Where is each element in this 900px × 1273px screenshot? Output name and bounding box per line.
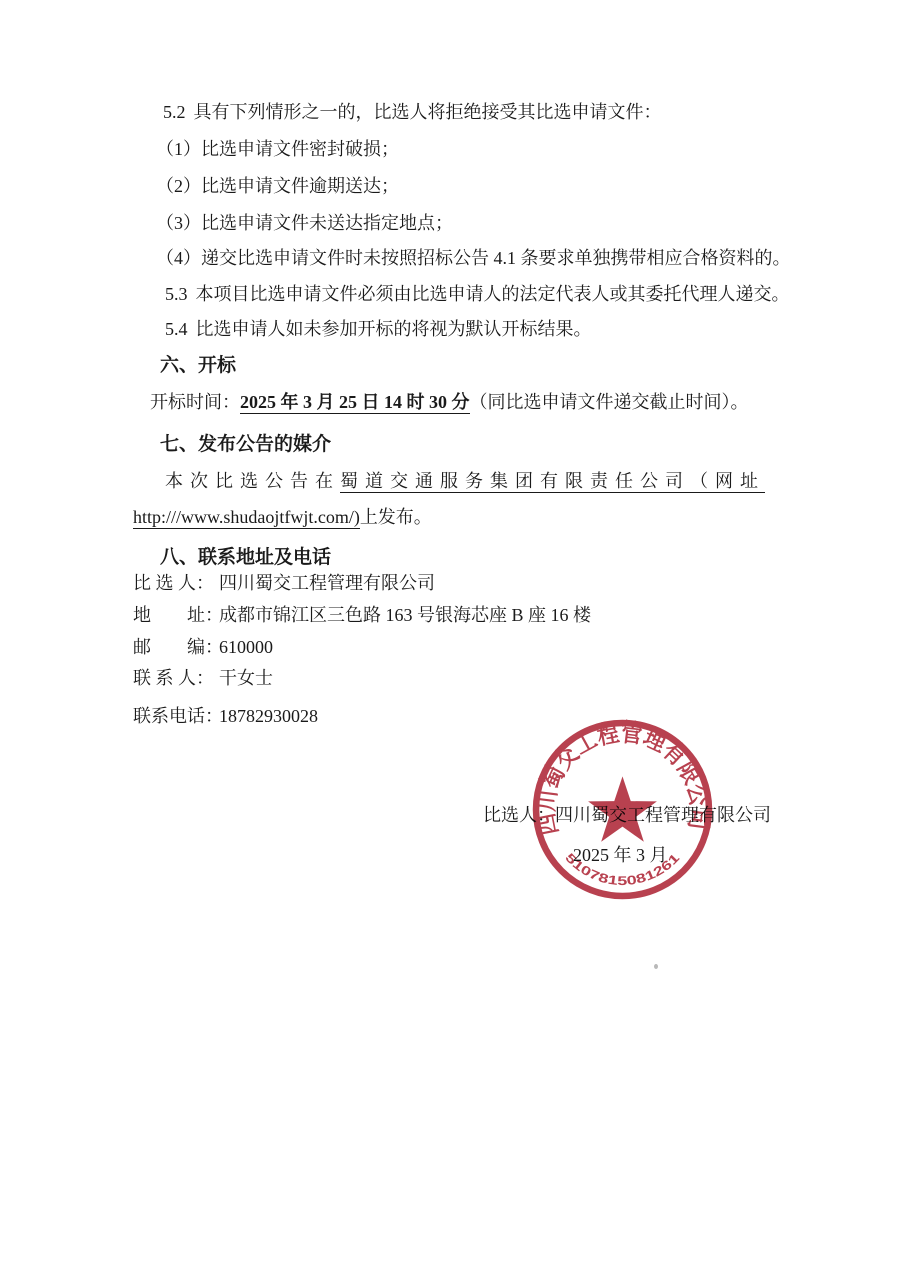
subclause-3: （3）比选申请文件未送达指定地点； (156, 212, 453, 234)
subclause-text: 比选申请文件逾期送达； (201, 176, 399, 196)
contact-label: 地 址： (133, 604, 219, 626)
bid-opening-time-line: 开标时间：2025 年 3 月 25 日 14 时 30 分（同比选申请文件递交… (150, 391, 749, 413)
subclause-2: （2）比选申请文件逾期送达； (156, 175, 399, 197)
bid-opening-datetime: 2025 年 3 月 25 日 14 时 30 分 (240, 392, 470, 414)
announcement-media-line2: http:///www.shudaojtfwjt.com/)上发布。 (133, 506, 432, 528)
bid-opening-note: （同比选申请文件递交截止时间）。 (470, 392, 749, 412)
announcement-suffix: 上发布。 (360, 507, 432, 527)
clause-5-3: 5.3本项目比选申请文件必须由比选申请人的法定代表人或其委托代理人递交。 (165, 283, 790, 305)
contact-value: 18782930028 (219, 706, 318, 726)
clause-number: 5.3 (165, 284, 188, 304)
section-7-heading: 七、发布公告的媒介 (160, 434, 331, 456)
contact-row-person: 联 系 人：干女士 (133, 667, 273, 689)
contact-label: 联系电话： (133, 705, 219, 727)
website-url: http:///www.shudaojtfwjt.com/) (133, 507, 360, 529)
contact-row-selector: 比 选 人：四川蜀交工程管理有限公司 (133, 572, 435, 594)
clause-text: 比选申请人如未参加开标的将视为默认开标结果。 (196, 319, 592, 339)
bid-opening-time-label: 开标时间： (150, 392, 240, 412)
contact-row-address: 地 址：成都市锦江区三色路 163 号银海芯座 B 座 16 楼 (133, 604, 591, 626)
clause-text: 本项目比选申请文件必须由比选申请人的法定代表人或其委托代理人递交。 (196, 284, 790, 304)
subclause-1: （1）比选申请文件密封破损； (156, 138, 399, 160)
document-page: 5.2具有下列情形之一的，比选人将拒绝接受其比选申请文件： （1）比选申请文件密… (0, 0, 900, 1273)
seal-star-icon (588, 776, 657, 841)
company-seal: 四川蜀交工程管理有限公司 5107815081261 (531, 718, 714, 901)
clause-number: 5.2 (163, 102, 186, 122)
contact-value: 四川蜀交工程管理有限公司 (219, 573, 435, 593)
subclause-text: 比选申请文件未送达指定地点； (201, 213, 453, 233)
publishing-company: 蜀道交通服务集团有限责任公司（网址 (340, 471, 765, 493)
contact-label: 联 系 人： (133, 667, 219, 689)
contact-value: 干女士 (219, 668, 273, 688)
contact-value: 610000 (219, 637, 273, 657)
contact-label: 邮 编： (133, 636, 219, 658)
subclause-4: （4）递交比选申请文件时未按照招标公告 4.1 条要求单独携带相应合格资料的。 (156, 247, 791, 269)
contact-row-phone: 联系电话：18782930028 (133, 705, 318, 727)
section-8-heading: 八、联系地址及电话 (160, 547, 331, 569)
clause-number: 5.4 (165, 319, 188, 339)
section-6-heading: 六、开标 (160, 355, 236, 377)
contact-value: 成都市锦江区三色路 163 号银海芯座 B 座 16 楼 (219, 605, 591, 625)
clause-text: 具有下列情形之一的，比选人将拒绝接受其比选申请文件： (194, 102, 662, 122)
seal-graphic: 四川蜀交工程管理有限公司 5107815081261 (531, 718, 714, 901)
contact-row-postcode: 邮 编：610000 (133, 636, 273, 658)
announcement-media-line1: 本次比选公告在蜀道交通服务集团有限责任公司（网址 (165, 470, 765, 492)
scan-artifact-dot (654, 964, 658, 969)
subclause-text: 比选申请文件密封破损； (201, 139, 399, 159)
subclause-number: （1） (156, 139, 201, 159)
subclause-number: （3） (156, 213, 201, 233)
contact-label: 比 选 人： (133, 572, 219, 594)
subclause-number: （2） (156, 176, 201, 196)
clause-5-4: 5.4比选申请人如未参加开标的将视为默认开标结果。 (165, 318, 592, 340)
subclause-text: 递交比选申请文件时未按照招标公告 4.1 条要求单独携带相应合格资料的。 (201, 248, 791, 268)
announcement-prefix: 本次比选公告在 (165, 471, 340, 491)
subclause-number: （4） (156, 248, 201, 268)
clause-5-2: 5.2具有下列情形之一的，比选人将拒绝接受其比选申请文件： (163, 101, 662, 123)
